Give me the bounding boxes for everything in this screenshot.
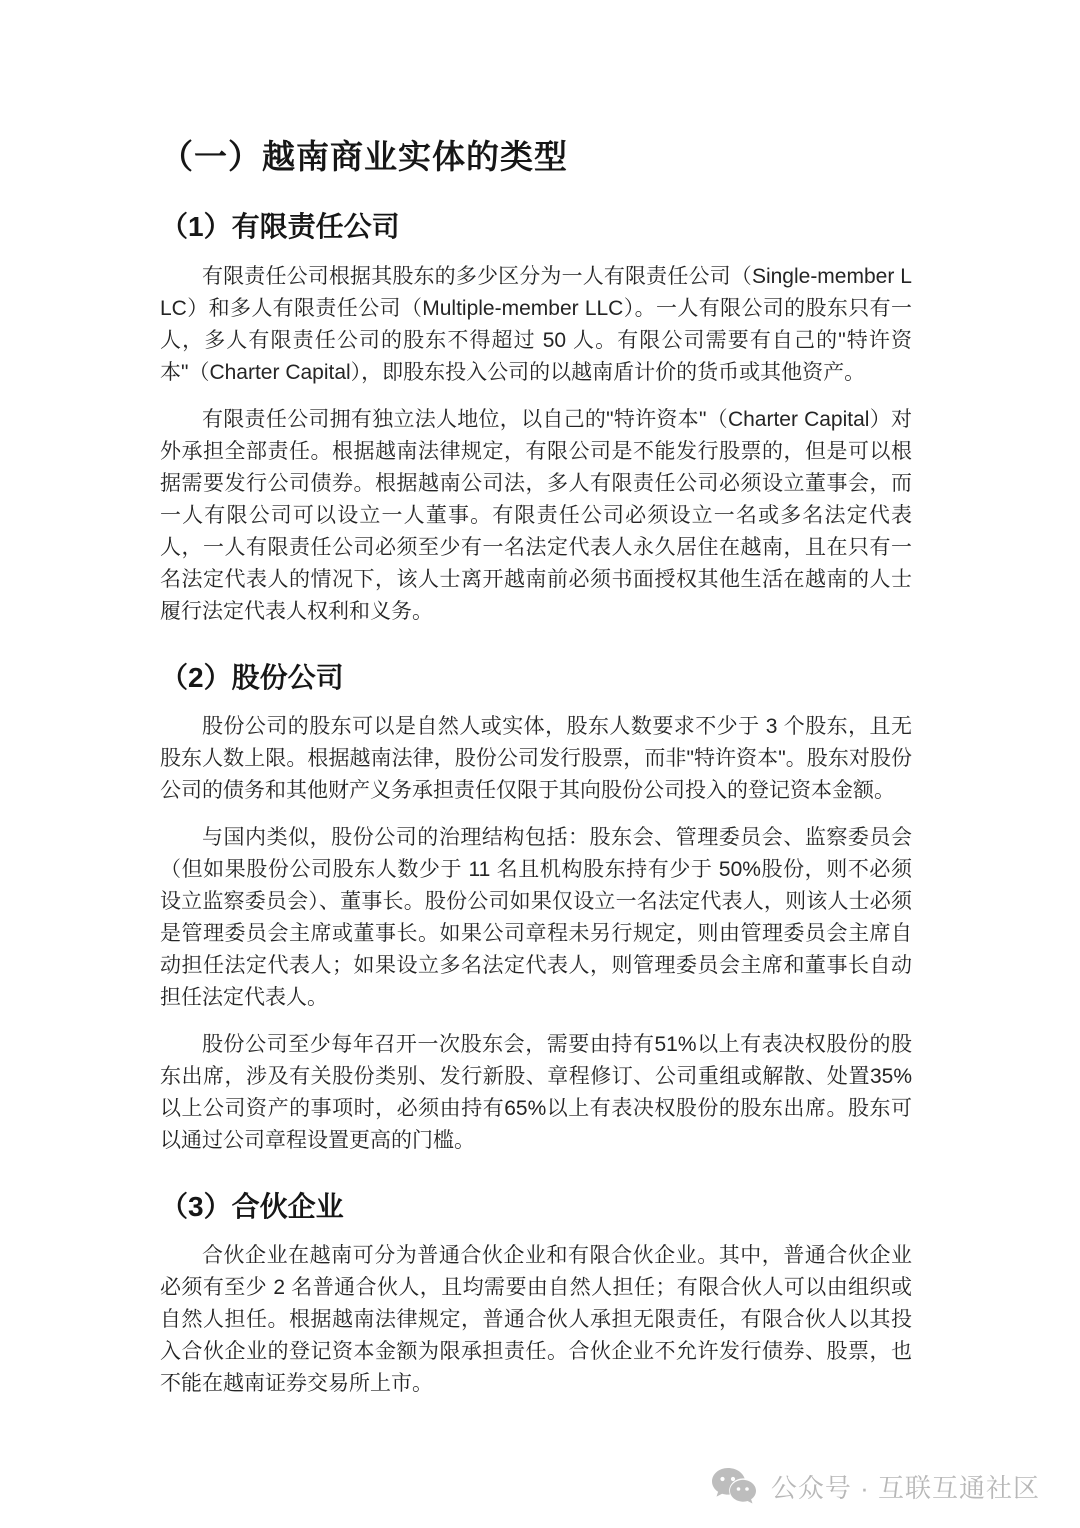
paragraph: 有限责任公司根据其股东的多少区分为一人有限责任公司（Single-member … (160, 261, 912, 389)
section-limited-liability-company: （1）有限责任公司 有限责任公司根据其股东的多少区分为一人有限责任公司（Sing… (160, 209, 912, 627)
section-heading-jsc: （2）股份公司 (160, 660, 912, 696)
document-body: （一）越南商业实体的类型 （1）有限责任公司 有限责任公司根据其股东的多少区分为… (160, 0, 912, 1400)
section-partnership: （3）合伙企业 合伙企业在越南可分为普通合伙企业和有限合伙企业。其中，普通合伙企… (160, 1189, 912, 1400)
watermark-footer: 公众号 · 互联互通社区 (710, 1464, 1040, 1508)
paragraph: 股份公司的股东可以是自然人或实体，股东人数要求不少于 3 个股东，且无股东人数上… (160, 711, 912, 807)
paragraph: 有限责任公司拥有独立法人地位，以自己的"特许资本"（Charter Capita… (160, 404, 912, 628)
document-title: （一）越南商业实体的类型 (160, 136, 912, 177)
section-heading-llc: （1）有限责任公司 (160, 209, 912, 245)
watermark-label: 公众号 · 互联互通社区 (771, 1468, 1040, 1505)
document-page: （一）越南商业实体的类型 （1）有限责任公司 有限责任公司根据其股东的多少区分为… (0, 0, 1080, 1528)
section-heading-partnership: （3）合伙企业 (160, 1189, 912, 1225)
section-joint-stock-company: （2）股份公司 股份公司的股东可以是自然人或实体，股东人数要求不少于 3 个股东… (160, 660, 912, 1157)
wechat-icon (710, 1466, 758, 1506)
paragraph: 股份公司至少每年召开一次股东会，需要由持有51%以上有表决权股份的股东出席，涉及… (160, 1029, 912, 1157)
paragraph: 合伙企业在越南可分为普通合伙企业和有限合伙企业。其中，普通合伙企业必须有至少 2… (160, 1240, 912, 1400)
paragraph: 与国内类似，股份公司的治理结构包括：股东会、管理委员会、监察委员会（但如果股份公… (160, 822, 912, 1014)
